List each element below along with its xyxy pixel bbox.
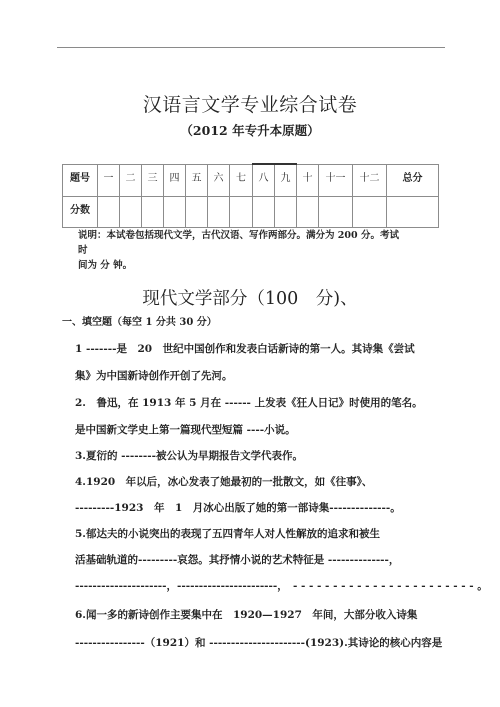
score-cell[interactable] — [164, 197, 186, 228]
question-4-line-2: ---------1923 年 1 月冰心出版了她的第一部诗集---------… — [75, 500, 475, 515]
cell-q8: 八 — [253, 164, 275, 197]
score-cell[interactable] — [353, 197, 387, 228]
cell-q10: 十 — [297, 164, 319, 197]
cell-q4: 四 — [164, 164, 186, 197]
score-cell[interactable] — [230, 197, 253, 228]
question-2-line-2: 是中国新文学史上第一篇现代型短篇 ----小说。 — [75, 422, 475, 437]
score-cell[interactable] — [142, 197, 164, 228]
cell-q7: 七 — [230, 164, 253, 197]
score-cell[interactable] — [297, 197, 319, 228]
cell-total: 总分 — [387, 164, 439, 197]
score-cell[interactable] — [319, 197, 353, 228]
question-5-line-3: ---------------------，------------------… — [75, 578, 475, 593]
question-1-line-1: 1 -------是 20 世纪中国创作和发表白话新诗的第一人。其诗集《尝试 — [75, 341, 475, 356]
note-line: 说明：本试卷包括现代文学，古代汉语、写作两部分。满分为 200 分。考试时 — [78, 228, 408, 258]
score-cell-total[interactable] — [387, 197, 439, 228]
score-row: 分数 — [63, 197, 439, 228]
score-cell[interactable] — [275, 197, 297, 228]
score-table: 题号 一 二 三 四 五 六 七 八 九 十 十一 十二 总分 分数 — [62, 163, 439, 228]
cell-q1: 一 — [98, 164, 120, 197]
question-1-line-2: 集》为中国新诗创作开创了先河。 — [75, 368, 475, 383]
question-3-line-1: 3.夏衍的 --------被公认为早期报告文学代表作。 — [75, 448, 475, 463]
question-number-row: 题号 一 二 三 四 五 六 七 八 九 十 十一 十二 总分 — [63, 164, 439, 197]
cell-q5: 五 — [186, 164, 208, 197]
question-2-line-1: 2. 鲁迅，在 1913 年 5 月在 ------ 上发表《狂人日记》时使用的… — [75, 395, 475, 410]
section-title: 现代文学部分（100 分)、 — [0, 285, 500, 310]
question-5-line-1: 5.郁达夫的小说突出的表现了五四青年人对人性解放的追求和被生 — [75, 526, 475, 541]
cell-q9: 九 — [275, 164, 297, 197]
cell-header: 题号 — [63, 164, 98, 197]
question-6-line-2: ----------------（1921）和 ----------------… — [75, 635, 475, 650]
score-cell[interactable] — [253, 197, 275, 228]
cell-score-label: 分数 — [63, 197, 98, 228]
question-4-line-1: 4.1920 年以后，冰心发表了她最初的一批散文，如《往事》、 — [75, 474, 475, 489]
cell-q3: 三 — [142, 164, 164, 197]
score-cell[interactable] — [186, 197, 208, 228]
subsection-title: 一、填空题（每空 1 分共 30 分） — [62, 313, 217, 328]
question-5-line-2: 活基础轨道的---------哀怨。其抒情小说的艺术特征是 ----------… — [75, 552, 475, 567]
cell-q11: 十一 — [319, 164, 353, 197]
note-line: 间为 分 钟。 — [78, 258, 408, 273]
cell-q12: 十二 — [353, 164, 387, 197]
cell-q2: 二 — [120, 164, 142, 197]
header-rule — [57, 47, 445, 48]
question-6-line-1: 6.闻一多的新诗创作主要集中在 1920—1927 年间，大部分收入诗集 — [75, 607, 475, 622]
score-cell[interactable] — [98, 197, 120, 228]
exam-title: 汉语言文学专业综合试卷 — [0, 90, 500, 117]
score-cell[interactable] — [208, 197, 230, 228]
exam-subtitle: （2012 年专升本原题） — [0, 121, 500, 139]
score-cell[interactable] — [120, 197, 142, 228]
instructions-note: 说明：本试卷包括现代文学，古代汉语、写作两部分。满分为 200 分。考试时 间为… — [78, 228, 408, 273]
cell-q6: 六 — [208, 164, 230, 197]
